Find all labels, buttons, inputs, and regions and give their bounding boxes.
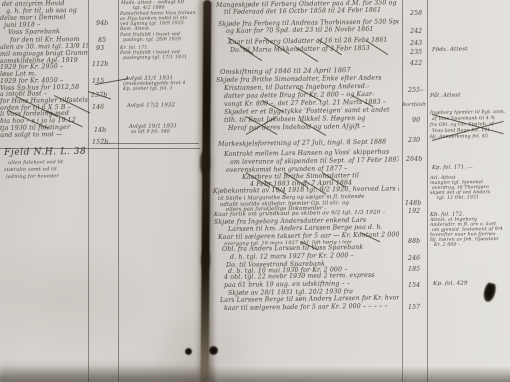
strike-marks-layer — [0, 0, 510, 382]
strike-mark — [296, 47, 318, 62]
strike-mark — [46, 110, 83, 127]
strike-mark — [88, 91, 111, 100]
strike-mark — [298, 88, 322, 101]
strike-mark — [322, 172, 346, 188]
strike-mark — [318, 39, 342, 55]
strike-mark — [264, 37, 290, 54]
strike-mark — [246, 172, 270, 188]
binding-hole-left — [185, 348, 192, 355]
strike-mark — [54, 95, 90, 114]
scanned-register-spread: det anziyrim Hovidg. h. for til, ub saa … — [0, 0, 510, 382]
strike-mark — [16, 96, 58, 117]
strike-mark — [240, 46, 262, 61]
gutter-blotch — [201, 250, 210, 270]
strike-mark — [366, 40, 388, 55]
strike-mark — [300, 120, 327, 136]
strike-mark — [8, 110, 49, 129]
gutter-blotch — [200, 150, 210, 176]
strike-mark — [360, 232, 380, 242]
strike-mark — [300, 241, 319, 251]
strike-mark — [352, 95, 374, 107]
strike-mark — [264, 180, 287, 195]
strike-mark — [95, 78, 129, 85]
bottom-edge-shadow — [0, 366, 510, 382]
binding-hole-right — [209, 346, 218, 355]
strike-mark — [262, 100, 284, 112]
